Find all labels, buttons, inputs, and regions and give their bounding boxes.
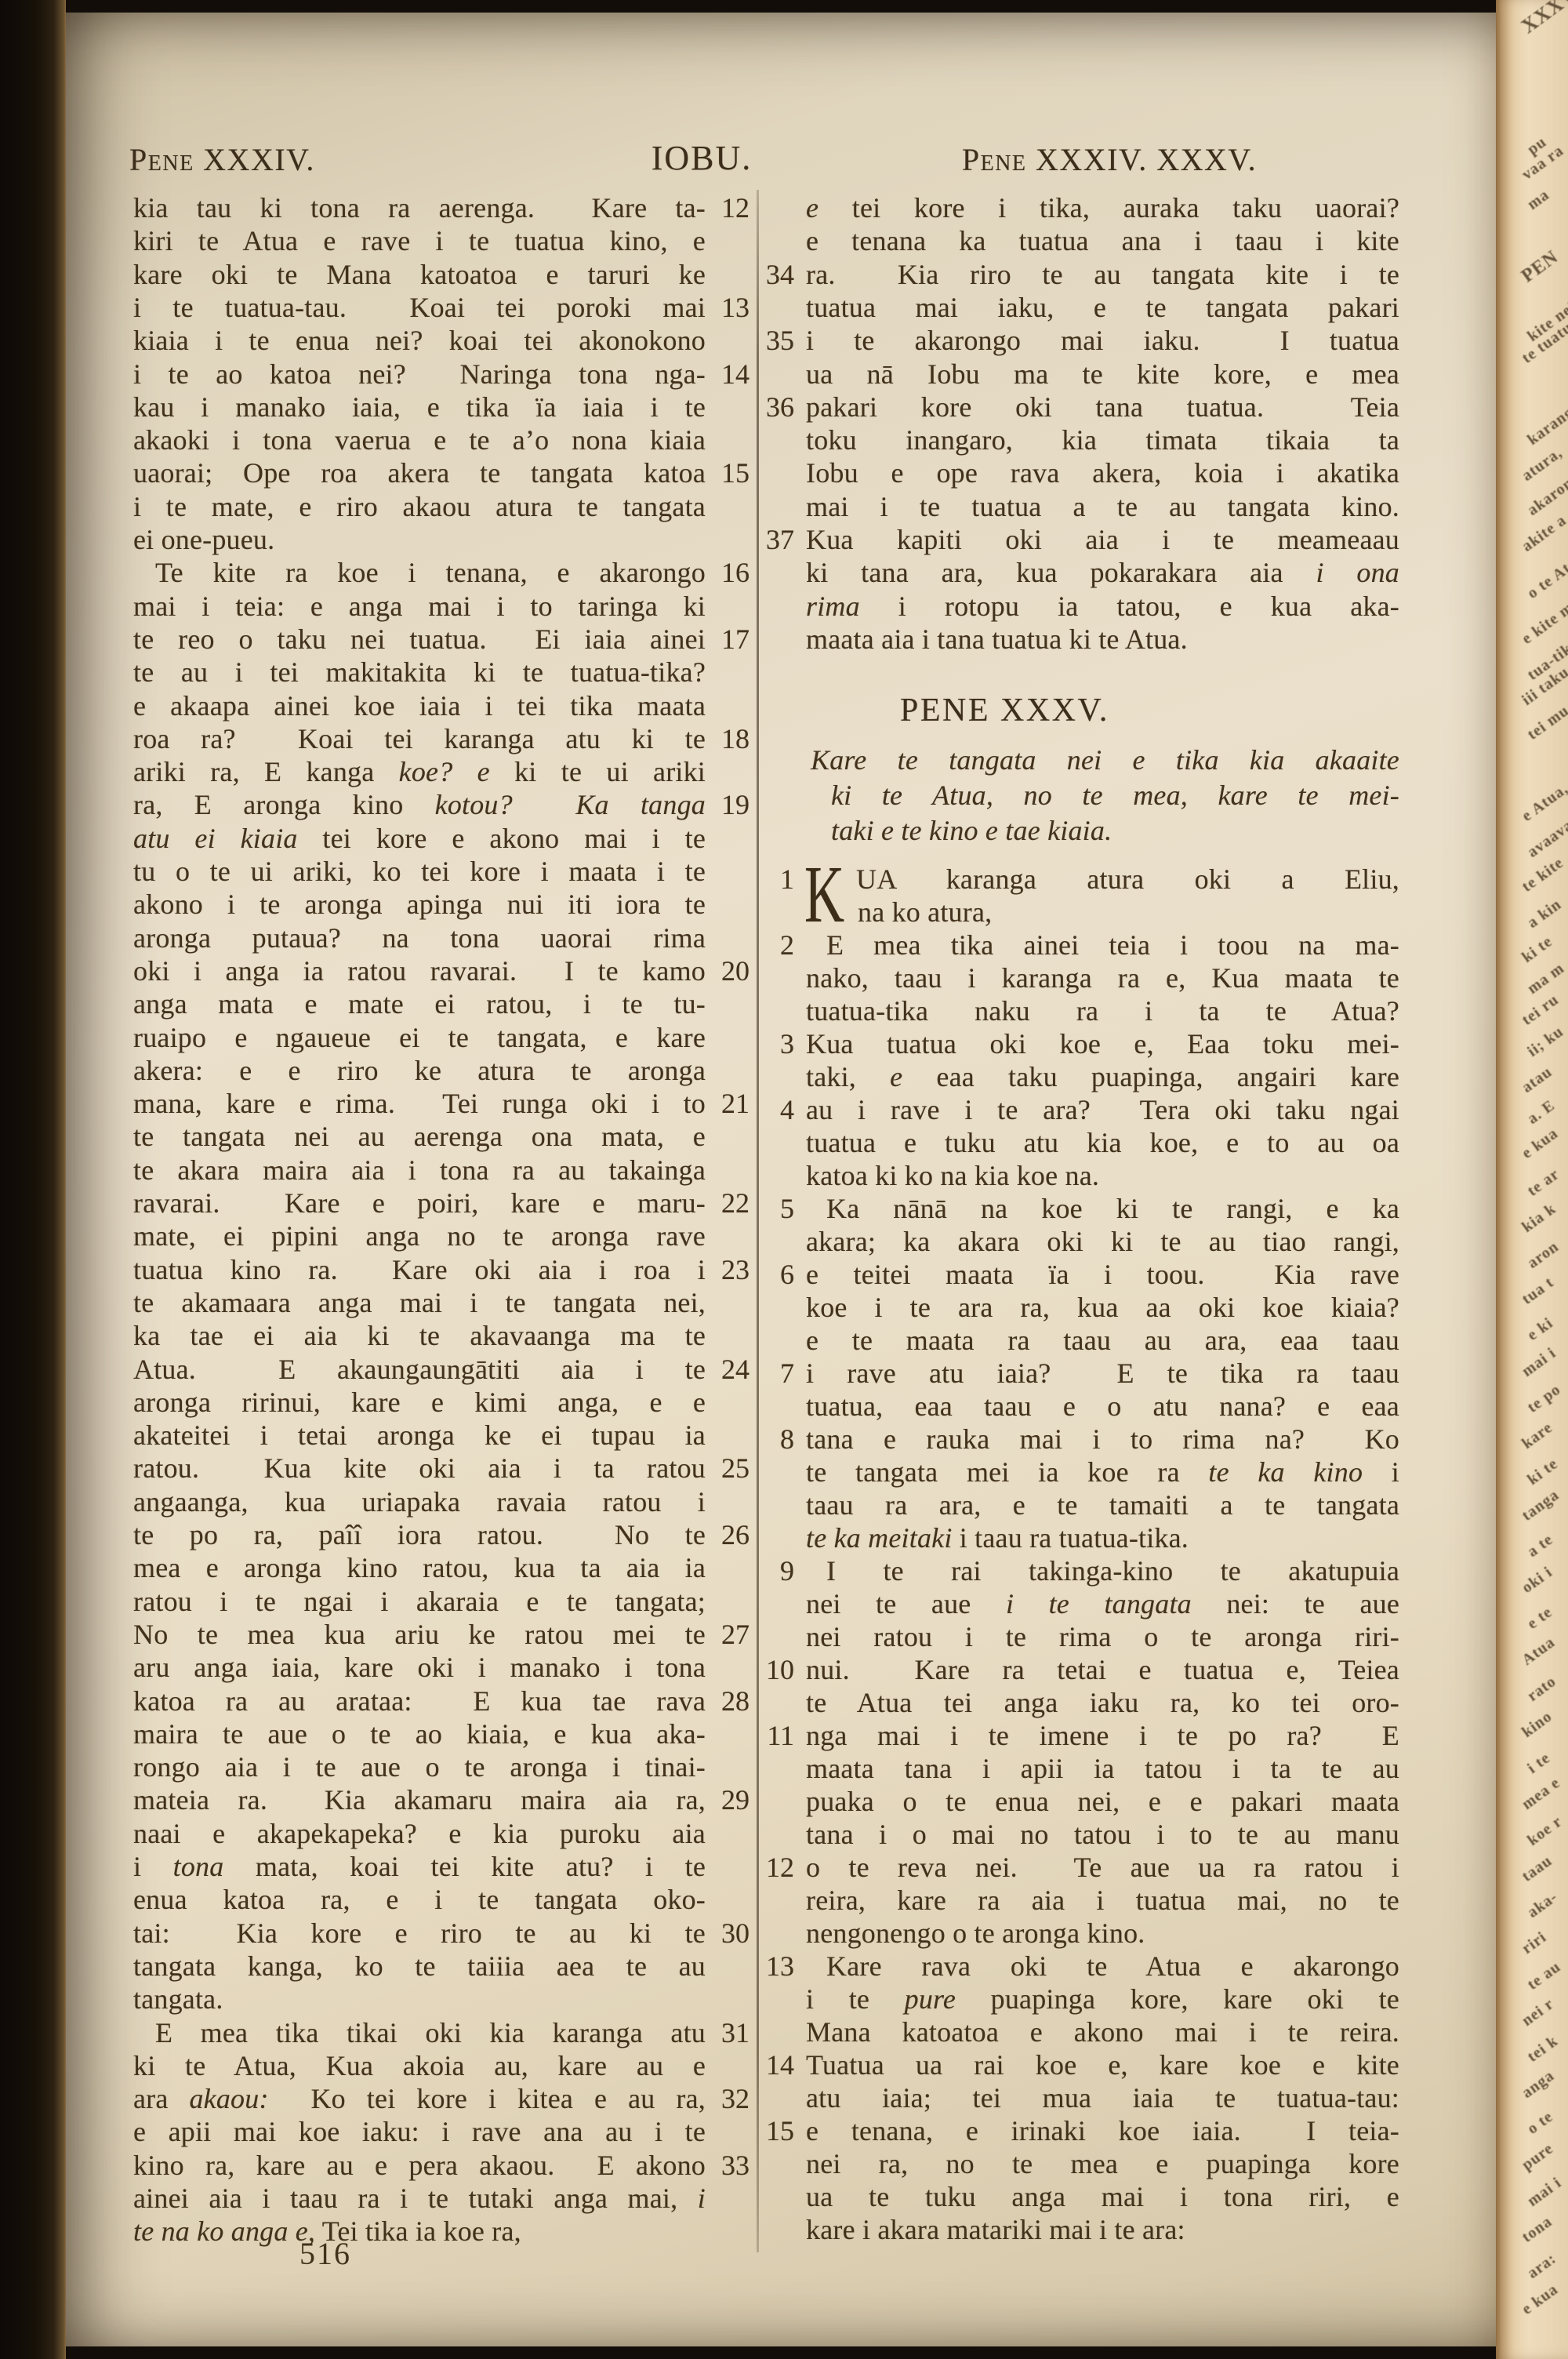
verse-number: 34 — [761, 258, 794, 291]
next-page-text-fragment: mea e — [1519, 1774, 1564, 1814]
text-line: anga mata e mate ei ratou, i te tu- — [133, 987, 706, 1023]
verse-number: 33 — [702, 2149, 750, 2182]
text-line: i te tuatua-tau. Koai tei poroki mai — [133, 291, 706, 326]
next-page-text-fragment: tei k — [1524, 2032, 1562, 2066]
verse-number: 31 — [702, 2016, 750, 2049]
text-line: aronga putaua? na tona uaorai rima — [133, 921, 706, 957]
verse-number: 29 — [702, 1783, 750, 1816]
next-page-text-fragment: atau — [1519, 1063, 1555, 1097]
text-line: ki te Atua, Kua akoia au, kare au e — [133, 2049, 706, 2085]
text-line: ki te Atua, no te mea, kare te mei- — [806, 779, 1399, 814]
text-line: tu o te ui ariki, ko tei kore i maata i … — [133, 855, 706, 890]
text-line: ravarai. Kare e poiri, kare e maru- — [133, 1187, 706, 1222]
text-line: kare i akara matariki mai i te ara: — [806, 2213, 1399, 2248]
verse-number: 8 — [761, 1423, 794, 1456]
next-page-text-fragment: nei r — [1519, 1995, 1557, 2030]
text-line: enua katoa ra, e i te tangata oko- — [133, 1883, 706, 1918]
text-line: reira, kare ra aia i tuatua mai, no te — [806, 1884, 1399, 1919]
verse-number: 17 — [702, 623, 750, 656]
verse-number: 23 — [702, 1253, 750, 1286]
text-line: e apii mai koe iaku: i rave ana au i te — [133, 2115, 706, 2150]
next-page-text-fragment: e te — [1524, 1604, 1556, 1634]
next-page-text-fragment: ara: — [1524, 2250, 1560, 2283]
next-page-text-fragment: Atua — [1519, 1634, 1559, 1670]
text-line: nei ra, no te mea e puapinga kore — [806, 2147, 1399, 2183]
next-page-text-fragment: ki te — [1524, 1455, 1562, 1488]
text-line: te Atua tei anga iaku ra, ko tei oro- — [806, 1686, 1399, 1721]
verse-number: 26 — [702, 1518, 750, 1551]
verse-number: 11 — [761, 1719, 794, 1752]
verse-number: 14 — [702, 358, 750, 391]
next-page-text-fragment: rato — [1524, 1673, 1560, 1706]
text-line: Kare rava oki te Atua e akarongo — [806, 1950, 1399, 1985]
next-page-text-fragment: ma — [1524, 186, 1553, 213]
text-line: angaanga, kua uriapaka ravaia ratou i — [133, 1485, 706, 1521]
text-line: ra. Kia riro te au tangata kite i te — [806, 258, 1399, 293]
text-line: E mea tika ainei teia i toou na ma- — [806, 929, 1399, 964]
verse-number: 9 — [761, 1554, 794, 1587]
verse-number: 19 — [702, 788, 750, 821]
text-line: tangata. — [133, 1983, 706, 2018]
next-page-text-fragment: e kua — [1519, 2281, 1562, 2319]
text-line: kau i manako iaia, e tika ïa iaia i te — [133, 391, 706, 426]
verse-number: 35 — [761, 324, 794, 357]
text-line: mana, kare e rima. Tei runga oki i to — [133, 1087, 706, 1122]
next-page-text-fragment: PEN — [1518, 247, 1563, 288]
text-line: e tenana ka tuatua ana i taau i kite — [806, 224, 1399, 260]
text-line: I te rai takinga-kino te akatupuia — [806, 1554, 1399, 1590]
verse-number: 25 — [702, 1452, 750, 1485]
text-line: nei ratou i te rima o te aronga riri- — [806, 1620, 1399, 1656]
text-line: maata aia i tana tuatua ki te Atua. — [806, 623, 1399, 658]
next-page-text-fragment: a kin — [1524, 896, 1565, 932]
verse-number: 21 — [702, 1087, 750, 1120]
verse-number: 15 — [702, 456, 750, 489]
text-line: i te mate, e riro akaou atura te tangata — [133, 490, 706, 525]
next-page-text-fragment: mai i — [1519, 1344, 1559, 1381]
next-page-fore-edge: XXXV. Xpuvaa ramaPENkite neite tuatuakar… — [1496, 0, 1568, 2359]
text-line: mai i teia: e anga mai i to taringa ki — [133, 590, 706, 625]
next-page-text-fragment: te au — [1524, 1958, 1564, 1994]
next-page-text-fragment: o te At — [1524, 559, 1568, 602]
text-line: E mea tika tikai oki kia karanga atu — [133, 2016, 706, 2052]
text-line: e tenana, e irinaki koe iaia. I teia- — [806, 2114, 1399, 2150]
text-line: koe i te ara ra, kua aa oki koe kiaia? — [806, 1291, 1399, 1326]
text-line: Ka nānā na koe ki te rangi, e ka — [806, 1192, 1399, 1227]
text-line: e akaapa ainei koe iaia i tei tika maata — [133, 689, 706, 725]
next-page-text-fragment: karanga — [1524, 398, 1568, 449]
next-page-text-fragment: mai i — [1524, 2174, 1565, 2211]
verse-number: 36 — [761, 391, 794, 423]
book-binding-edge — [0, 0, 66, 2359]
next-page-text-fragment: te po — [1524, 1381, 1564, 1417]
text-line: tuatua mai iaku, e te tangata pakari — [806, 291, 1399, 326]
text-line: akaoki i tona vaerua e te a’o nona kiaia — [133, 423, 706, 459]
text-line: puaka o te enua nei, e e pakari maata — [806, 1785, 1399, 1820]
verse-number: 27 — [702, 1618, 750, 1651]
verse-number: 1 — [761, 863, 794, 896]
running-head-left: Pene XXXIV. — [129, 141, 315, 178]
text-line: te ka meitaki i taau ra tuatua-tika. — [806, 1521, 1399, 1557]
next-page-text-fragment: tanga — [1519, 1486, 1563, 1525]
next-page-text-fragment: oki i — [1519, 1563, 1556, 1597]
text-line: uaorai; Ope roa akera te tangata katoa — [133, 456, 706, 492]
verse-number: 28 — [702, 1685, 750, 1717]
next-page-text-fragment: akite a — [1519, 511, 1568, 555]
verse-number: 3 — [761, 1027, 794, 1060]
text-line: ki tana ara, kua pokarakara aia i ona — [806, 556, 1399, 591]
verse-number: 22 — [702, 1187, 750, 1219]
text-line: Tuatua ua rai koe e, kare koe e kite — [806, 2048, 1399, 2084]
text-line: te po ra, paîî iora ratou. No te — [133, 1518, 706, 1554]
verse-number: 14 — [761, 2048, 794, 2081]
text-line: i tona mata, koai tei kite atu? i te — [133, 1850, 706, 1885]
text-line: oki i anga ia ratou ravarai. I te kamo — [133, 954, 706, 990]
text-line: roa ra? Koai tei karanga atu ki te — [133, 722, 706, 758]
next-page-text-fragment: aka- — [1524, 1888, 1561, 1922]
text-line: Iobu e ope rava akera, koia i akatika — [806, 456, 1399, 492]
text-line: ei one-pueu. — [133, 523, 706, 558]
text-line: rima i rotopu ia tatou, e kua aka- — [806, 590, 1399, 625]
text-line: akara; ka akara oki ki te au tiao rangi, — [806, 1225, 1399, 1260]
text-line: taki e te kino e tae kiaia. — [806, 814, 1399, 849]
text-line: ka tae ei aia ki te akavaanga ma te — [133, 1319, 706, 1354]
next-page-text-fragment: e kua — [1519, 1125, 1562, 1163]
text-line: maira te aue o te ao kiaia, e kua aka- — [133, 1717, 706, 1753]
text-line: e tei kore i tika, auraka taku uaorai? — [806, 191, 1399, 227]
next-page-text-fragment: koe r — [1524, 1812, 1566, 1849]
text-line: te na ko anga e, Tei tika ia koe ra, — [133, 2215, 706, 2250]
next-page-text-fragment: riri — [1519, 1928, 1550, 1958]
next-page-text-fragment: te kite — [1519, 854, 1567, 896]
verse-number: 7 — [761, 1357, 794, 1390]
text-line: ariki ra, E kanga koe? e ki te ui ariki — [133, 755, 706, 791]
next-page-text-fragment: a te — [1524, 1531, 1556, 1561]
text-line: nako, taau i karanga ra e, Kua maata te — [806, 961, 1399, 997]
running-head-right: Pene XXXIV. XXXV. — [962, 141, 1257, 178]
next-page-text-fragment: a. E — [1524, 1096, 1559, 1129]
text-line: te tangata mei ia koe ra te ka kino i — [806, 1456, 1399, 1491]
verse-number: 6 — [761, 1258, 794, 1291]
text-line: i te pure puapinga kore, kare oki te — [806, 1983, 1399, 2018]
text-line: kino ra, kare au e pera akaou. E akono — [133, 2149, 706, 2184]
text-line: akono i te aronga apinga nui iti iora te — [133, 888, 706, 923]
verse-number: 13 — [761, 1950, 794, 1983]
text-line: te akamaara anga mai i te tangata nei, — [133, 1286, 706, 1321]
text-line: i te ao katoa nei? Naringa tona nga- — [133, 358, 706, 393]
text-line: i rave atu iaia? E te tika ra taau — [806, 1357, 1399, 1392]
next-page-text-fragment: aron — [1524, 1238, 1563, 1273]
text-line: ra, E aronga kino kotou? Ka tanga — [133, 788, 706, 823]
text-line: ua nā Iobu ma te kite kore, e mea — [806, 358, 1399, 393]
text-line: ainei aia i taau ra i te tutaki anga mai… — [133, 2182, 706, 2217]
text-line: akera: e e riro ke atura te aronga — [133, 1054, 706, 1089]
next-page-text-fragment: e kite m — [1519, 599, 1568, 649]
verse-number: 2 — [761, 929, 794, 961]
verse-number: 12 — [702, 191, 750, 224]
text-line: taau ra ara, e te tamaiti a te tangata — [806, 1488, 1399, 1524]
running-head-center: IOBU. — [652, 138, 753, 178]
text-line: tuatua-tika naku ra i ta te Atua? — [806, 994, 1399, 1030]
next-page-text-fragment: pure — [1519, 2140, 1557, 2175]
text-line: kare oki te Mana katoatoa e taruri ke — [133, 258, 706, 293]
text-line: e teitei maata ïa i toou. Kia rave — [806, 1258, 1399, 1293]
next-page-text-fragment: taau — [1519, 1852, 1555, 1886]
text-line: Kare te tangata nei e tika kia akaaite — [806, 743, 1399, 779]
text-line: naai e akapekapeka? e kia puroku aia — [133, 1817, 706, 1852]
text-line: tuatua, eaa taau e o atu nana? e eaa — [806, 1390, 1399, 1425]
text-line: No te mea kua ariu ke ratou mei te — [133, 1618, 706, 1653]
next-page-text-fragment: te ar — [1524, 1165, 1563, 1201]
text-line: o te reva nei. Te aue ua ra ratou i — [806, 1851, 1399, 1886]
column-divider-rule — [757, 190, 759, 2252]
text-line: taki, e eaa taku puapinga, angairi kare — [806, 1060, 1399, 1096]
text-line: ratou. Kua kite oki aia i ta ratou — [133, 1452, 706, 1487]
book-page: Pene XXXIV. IOBU. Pene XXXIV. XXXV. PENE… — [66, 13, 1496, 2346]
verse-number: 4 — [761, 1093, 794, 1126]
text-line: katoa ra au arataa: E kua tae rava — [133, 1685, 706, 1720]
text-line: atu ei kiaia tei kore e akono mai i te — [133, 822, 706, 857]
text-line: nga mai i te imene i te po ra? E — [806, 1719, 1399, 1754]
text-line: toku inangaro, kia timata tikaia ta — [806, 423, 1399, 459]
next-page-text-fragment: i te — [1524, 1750, 1554, 1778]
text-line: nei te aue i te tangata nei: te aue — [806, 1587, 1399, 1623]
chapter-heading: PENE XXXV. — [900, 692, 1109, 729]
text-line: tuatua e tuku atu kia koe, e to au oa — [806, 1126, 1399, 1161]
text-line: ua te tuku anga mai i tona riri, e — [806, 2180, 1399, 2215]
next-page-text-fragment: kia k — [1519, 1200, 1559, 1237]
text-line: tuatua kino ra. Kare oki aia i roa i — [133, 1253, 706, 1289]
text-line: mateia ra. Kia akamaru maira aia ra, — [133, 1783, 706, 1819]
verse-number: 24 — [702, 1353, 750, 1386]
next-page-text-fragment: kare — [1519, 1419, 1556, 1453]
text-line: Kua tuatua oki koe e, Eaa toku mei- — [806, 1027, 1399, 1063]
verse-number: 32 — [702, 2082, 750, 2115]
text-line: mai i te tuatua a te au tangata kino. — [806, 490, 1399, 525]
text-line: rongo aia i te aue o te aronga i tinai- — [133, 1750, 706, 1786]
text-line: te au i tei makitakita ki te tuatua-tika… — [133, 656, 706, 691]
verse-number: 12 — [761, 1851, 794, 1884]
text-line: Kua kapiti oki aia i te meameaau — [806, 523, 1399, 558]
text-line: aronga ririnui, kare e kimi anga, e e — [133, 1386, 706, 1421]
verse-number: 16 — [702, 556, 750, 589]
text-line: au i rave i te ara? Tera oki taku ngai — [806, 1093, 1399, 1129]
text-line: kiaia i te enua nei? koai tei akonokono — [133, 324, 706, 359]
verse-number: 30 — [702, 1917, 750, 1950]
next-page-text-fragment: kino — [1519, 1708, 1555, 1742]
text-line: tana i o mai no tatou i to te au manu — [806, 1818, 1399, 1853]
next-page-text-fragment: tua t — [1519, 1274, 1557, 1309]
next-page-text-fragment: anga — [1519, 2067, 1558, 2103]
text-line: Te kite ra koe i tenana, e akarongo — [133, 556, 706, 591]
text-line: te akara maira aia i tona ra au takainga — [133, 1154, 706, 1189]
verse-number: 5 — [761, 1192, 794, 1225]
text-line: tana e rauka mai i to rima na? Ko — [806, 1423, 1399, 1458]
next-page-text-fragment: XXXV. X — [1517, 0, 1568, 38]
text-line: mea e aronga kino ratou, kua ta aia ia — [133, 1551, 706, 1587]
next-page-text-fragment: o te — [1524, 2108, 1556, 2139]
text-line: nengonengo o te aronga kino. — [806, 1917, 1399, 1952]
text-line: Atua. E akaungaungātiti aia i te — [133, 1353, 706, 1388]
text-line: nui. Kare ra tetai e tuatua e, Teiea — [806, 1653, 1399, 1688]
text-line: kiri te Atua e rave i te tuatua kino, e — [133, 224, 706, 260]
next-page-text-fragment: e ki — [1524, 1314, 1556, 1345]
text-line: tai: Kia kore e riro te au ki te — [133, 1917, 706, 1952]
text-line: ara akaou: Ko tei kore i kitea e au ra, — [133, 2082, 706, 2117]
text-line: katoa ki ko na kia koe na. — [806, 1159, 1399, 1194]
text-line: e te maata ra taau au ara, eaa taau — [806, 1324, 1399, 1359]
verse-number: 37 — [761, 523, 794, 556]
verse-number: 20 — [702, 954, 750, 987]
text-line: atu iaia; tei mua iaia te tuatua-tau: — [806, 2081, 1399, 2117]
text-line: UA karanga atura oki a Eliu, — [806, 863, 1399, 898]
next-page-text-fragment: tona — [1519, 2213, 1555, 2247]
verse-number: 13 — [702, 291, 750, 324]
verse-number: 18 — [702, 722, 750, 755]
text-line: ruaipo e ngaueue ei te tangata, e kare — [133, 1021, 706, 1056]
next-page-text-fragment: e Atua, — [1519, 780, 1568, 826]
verse-number: 15 — [761, 2114, 794, 2147]
text-line: kia tau ki tona ra aerenga. Kare ta- — [133, 191, 706, 227]
text-line: i te akarongo mai iaku. I tuatua — [806, 324, 1399, 359]
text-line: pakari kore oki tana tuatua. Teia — [806, 391, 1399, 426]
text-line: na ko atura, — [806, 896, 1399, 931]
text-line: te tangata nei au aerenga ona mata, e — [133, 1120, 706, 1155]
text-line: Mana katoatoa e akono mai i te reira. — [806, 2016, 1399, 2051]
text-line: ratou i te ngai i akaraia e te tangata; — [133, 1585, 706, 1620]
verse-number: 10 — [761, 1653, 794, 1686]
text-line: mate, ei pipini anga no te aronga rave — [133, 1219, 706, 1255]
text-line: tangata kanga, ko te taiiia aea te au — [133, 1950, 706, 1985]
text-line: akateitei i tetai aronga ke ei tupau ia — [133, 1419, 706, 1454]
text-line: maata tana i apii ia tatou i ta te au — [806, 1752, 1399, 1787]
next-page-text-fragment: ki te — [1519, 932, 1556, 966]
text-line: aru anga iaia, kare oki i manako i tona — [133, 1651, 706, 1686]
text-line: te reo o taku nei tuatua. Ei iaia ainei — [133, 623, 706, 658]
